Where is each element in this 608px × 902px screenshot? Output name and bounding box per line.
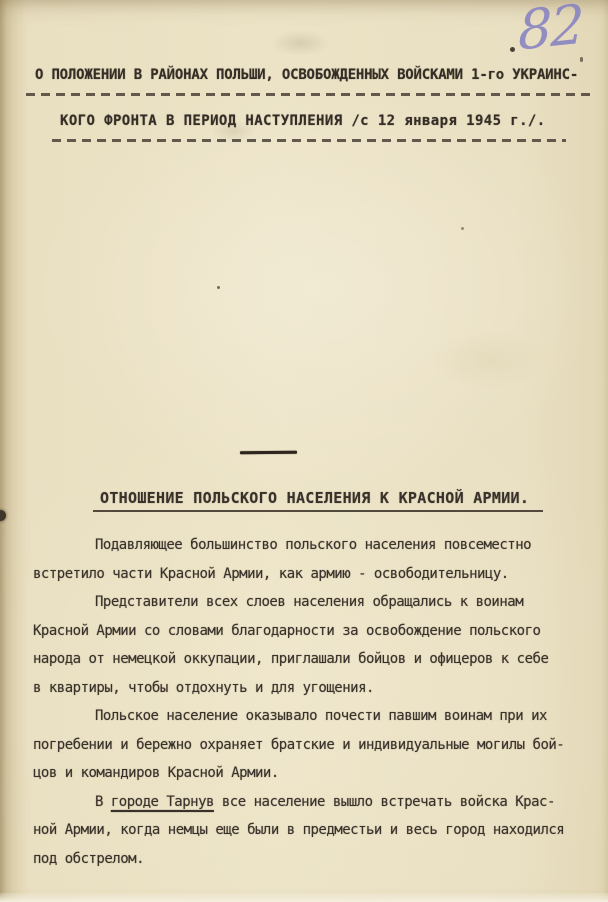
section-heading: ОТНОШЕНИЕ ПОЛЬСКОГО НАСЕЛЕНИЯ К КРАСНОЙ … xyxy=(93,489,543,512)
paper-stain xyxy=(270,30,330,56)
text-line: Представители всех слоев населения обращ… xyxy=(33,588,589,617)
text-line: Польское население оказывало почести пав… xyxy=(33,702,589,731)
ink-dot xyxy=(510,47,515,52)
paragraphs: Подавляющее большинство польского населе… xyxy=(33,531,589,873)
dashed-underline-1 xyxy=(26,93,592,96)
text-line: под обстрелом. xyxy=(33,845,589,874)
document-title-line-2: КОГО ФРОНТА В ПЕРИОД НАСТУПЛЕНИЯ /с 12 я… xyxy=(60,113,546,129)
dashed-underline-2 xyxy=(52,139,566,142)
text-line: в квартиры, чтобы отдохнуть и для угощен… xyxy=(33,674,589,703)
text-line: цов и командиров Красной Армии. xyxy=(33,759,589,788)
separator-dash xyxy=(240,451,297,455)
text-line: В городе Тарнув все население вышло встр… xyxy=(33,788,589,817)
scan-edge xyxy=(0,893,608,902)
punch-hole xyxy=(0,510,6,521)
paper-speck xyxy=(217,286,220,289)
text-line: народа от немецкой оккупации, приглашали… xyxy=(33,645,589,674)
paper-speck xyxy=(580,57,583,62)
document-title-line-1: О ПОЛОЖЕНИИ В РАЙОНАХ ПОЛЬШИ, ОСВОБОЖДЕН… xyxy=(35,67,578,83)
text-line: встретило части Красной Армии, как армию… xyxy=(33,560,589,589)
paper-stain xyxy=(430,330,550,390)
text-line: Красной Армии со словами благодарности з… xyxy=(33,617,589,646)
text-line: Подавляющее большинство польского населе… xyxy=(33,531,589,560)
paper-speck xyxy=(461,227,464,230)
document-page: 82 О ПОЛОЖЕНИИ В РАЙОНАХ ПОЛЬШИ, ОСВОБОЖ… xyxy=(0,0,608,902)
text-line: погребении и бережно охраняет братские и… xyxy=(33,731,589,760)
text-line: ной Армии, когда немцы еще были в предме… xyxy=(33,816,589,845)
underlined-phrase: городе Тарнув xyxy=(111,794,214,810)
page-number: 82 xyxy=(518,0,582,63)
